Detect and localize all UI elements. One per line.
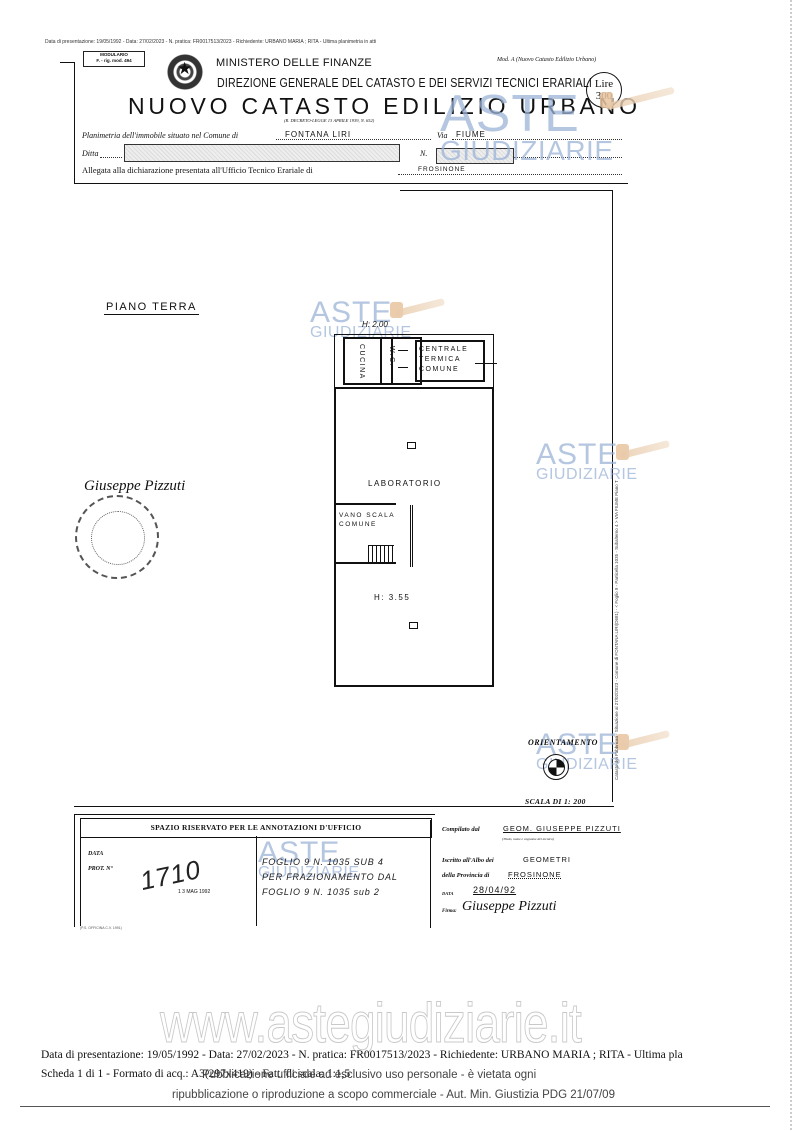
- site-watermark: www.astegiudiziarie.it: [160, 990, 581, 1055]
- allegata-label: Allegata alla dichiarazione presentata a…: [82, 165, 313, 175]
- scan-edge: [790, 0, 792, 1131]
- compass-icon: [543, 754, 569, 780]
- direction-name: DIREZIONE GENERALE DEL CATASTO E DEI SER…: [217, 76, 592, 90]
- printer-note: (P.S. OFFICINA C.V. 1991): [80, 926, 122, 930]
- frame-line: [430, 820, 431, 928]
- gavel-handle: [620, 440, 670, 459]
- iscritto-label: Iscritto all'Albo dei: [442, 857, 494, 864]
- ufficio-value: FROSINONE: [418, 166, 466, 173]
- annotations-header: SPAZIO RISERVATO PER LE ANNOTAZIONI D'UF…: [80, 818, 432, 838]
- data-label: DATA: [88, 851, 103, 857]
- signature: Giuseppe Pizzuti: [84, 478, 185, 495]
- data-compilato-value: 28/04/92: [473, 885, 516, 895]
- compilato-sub: (Titolo, nome e cognome del tecnico): [502, 837, 554, 841]
- gavel-handle: [620, 730, 670, 749]
- ufficio-field-line: [398, 174, 622, 175]
- decree-reference: (R. DECRETO-LEGGE 13 APRILE 1939, N. 652…: [284, 118, 374, 123]
- firma-label: Firma:: [442, 909, 457, 914]
- pillar: [409, 622, 418, 629]
- annotation-notes: FOGLIO 9 N. 1035 SUB 4 PER FRAZIONAMENTO…: [262, 855, 398, 900]
- prot-label: PROT. N°: [88, 866, 113, 872]
- firma-signature: Giuseppe Pizzuti: [462, 899, 557, 915]
- prot-number: 1710: [139, 862, 202, 889]
- frame-line: [74, 806, 614, 807]
- floor-label: PIANO TERRA: [104, 301, 199, 315]
- provincia-value: FROSINONE: [508, 870, 562, 879]
- stairs-icon: [368, 545, 394, 563]
- frame-line: [80, 836, 81, 926]
- redacted-owner-field: [124, 144, 400, 162]
- pillar: [407, 442, 416, 449]
- planimetria-label: Planimetria dell'immobile situato nel Co…: [82, 131, 238, 140]
- number-field-line: [514, 157, 622, 158]
- form-model-label: Mod. A (Nuovo Catasto Edilizio Urbano): [497, 57, 596, 63]
- frame-line: [612, 190, 613, 802]
- via-value: FIUME: [456, 130, 486, 139]
- provincia-label: della Provincia di: [442, 872, 489, 879]
- official-stamp: [75, 495, 159, 579]
- stair-partition: [410, 505, 413, 567]
- via-label: Via: [437, 131, 448, 140]
- prot-date-stamp: 1 3 MAG 1992: [178, 889, 210, 895]
- top-info-line: Data di presentazione: 19/05/1992 - Data…: [45, 39, 376, 45]
- data-compilato-label: DATA: [442, 891, 454, 896]
- frame-line: [60, 62, 75, 63]
- redacted-number-field: [436, 148, 514, 164]
- frame-line: [256, 836, 257, 926]
- lire-label: Lire: [587, 78, 621, 90]
- comune-field-line: [276, 139, 431, 140]
- vano-scala-label: VANO SCALA COMUNE: [339, 511, 395, 529]
- height-label-top: H: 2.00: [362, 320, 388, 329]
- side-cadastral-info: Catasto dei Fabbricati - Situazione al 2…: [614, 420, 619, 780]
- frame-line: [400, 190, 613, 191]
- laboratorio-label: LABORATORIO: [368, 479, 442, 489]
- laboratorio-outline: [334, 387, 494, 687]
- gavel-handle: [395, 298, 445, 317]
- comune-value: FONTANA LIRI: [285, 130, 351, 139]
- ministry-name: MINISTERO DELLE FINANZE: [216, 57, 372, 69]
- compilato-label: Compilato dal: [442, 826, 480, 833]
- publication-notice-1: Pubblicazione ufficiale ad esclusivo uso…: [202, 1069, 536, 1081]
- iscritto-value: GEOMETRI: [523, 855, 571, 864]
- orientation-label: ORIENTAMENTO: [528, 738, 598, 747]
- footer-divider: [20, 1106, 770, 1107]
- annex-outline: [334, 334, 494, 388]
- number-label: N.: [420, 149, 427, 158]
- scale-label: SCALA DI 1: 200: [525, 797, 586, 806]
- stair-wall: [334, 503, 396, 505]
- compilato-value: GEOM. GIUSEPPE PIZZUTI: [503, 824, 621, 833]
- footer-line-1: Data di presentazione: 19/05/1992 - Data…: [41, 1049, 683, 1061]
- star-icon: ★: [177, 60, 192, 77]
- via-field-line: [452, 139, 622, 140]
- ditta-label: Ditta: [82, 149, 98, 158]
- ditta-field-line: [100, 157, 122, 158]
- document-title: NUOVO CATASTO EDILIZIO URBANO: [128, 93, 641, 120]
- height-label-main: H: 3.55: [374, 593, 410, 603]
- publication-notice-2: ripubblicazione o riproduzione a scopo c…: [172, 1089, 615, 1101]
